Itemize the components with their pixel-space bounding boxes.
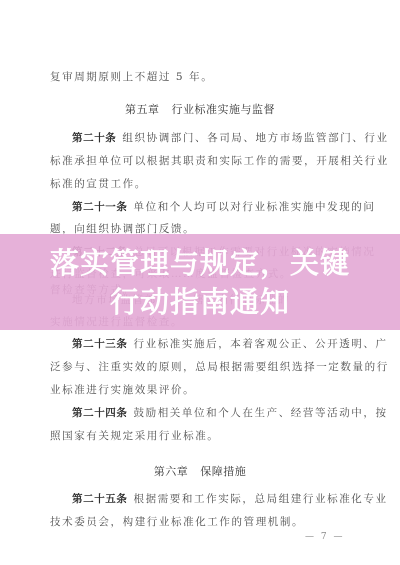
banner-title-line-1: 落实管理与规定，关键 <box>0 246 400 280</box>
article-20-line-2: 标准承担单位可以根据其职责和实际工作的需要，开展相关行业 <box>50 154 352 168</box>
article-23-line-2: 泛参与、注重实效的原则，总局根据需要组织选择一定数量的行 <box>50 360 352 374</box>
chapter-title: 保障措施 <box>200 465 246 478</box>
article-label: 第二十五条 <box>72 493 128 505</box>
article-text: 根据需要和工作实际，总局组建行业标准化专业 <box>134 493 388 505</box>
article-label: 第二十条 <box>72 132 116 144</box>
chapter-number: 第五章 <box>125 103 160 116</box>
article-20-line-3: 标准的宣贯工作。 <box>50 177 352 191</box>
article-label: 第二十一条 <box>72 201 128 213</box>
article-text: 组织协调部门、各司局、地方市场监管部门、行业 <box>122 132 388 144</box>
article-label: 第二十三条 <box>72 338 128 350</box>
title-banner: 落实管理与规定，关键 行动指南通知 <box>0 234 400 330</box>
article-25-line-2: 技术委员会，构建行业标准化工作的管理机制。 <box>50 515 352 529</box>
chapter-five-heading: 第五章行业标准实施与监督 <box>0 101 400 117</box>
article-text: 鼓励相关单位和个人在生产、经营等活动中，按 <box>134 407 388 419</box>
banner-title-line-2: 行动指南通知 <box>0 285 400 319</box>
article-25-line-1: 第二十五条根据需要和工作实际，总局组建行业标准化专业 <box>72 492 352 506</box>
article-20-line-1: 第二十条组织协调部门、各司局、地方市场监管部门、行业 <box>72 131 352 145</box>
chapter-number: 第六章 <box>154 465 189 478</box>
article-label: 第二十四条 <box>72 407 128 419</box>
article-23-line-1: 第二十三条行业标准实施后，本着客观公正、公开透明、广 <box>72 337 352 351</box>
article-21-line-1: 第二十一条单位和个人均可以对行业标准实施中发现的问 <box>72 200 352 214</box>
article-23-line-3: 业标准进行实施效果评价。 <box>50 383 352 397</box>
article-24-line-1: 第二十四条鼓励相关单位和个人在生产、经营等活动中，按 <box>72 406 352 420</box>
intro-line: 复审周期原则上不超过 5 年。 <box>50 70 352 84</box>
article-24-line-2: 照国家有关规定采用行业标准。 <box>50 429 352 443</box>
article-text: 行业标准实施后，本着客观公正、公开透明、广 <box>134 338 388 350</box>
article-text: 单位和个人均可以对行业标准实施中发现的问 <box>134 201 376 213</box>
chapter-title: 行业标准实施与监督 <box>172 103 276 116</box>
page-number: — 7 — <box>305 532 344 542</box>
chapter-six-heading: 第六章保障措施 <box>0 463 400 479</box>
